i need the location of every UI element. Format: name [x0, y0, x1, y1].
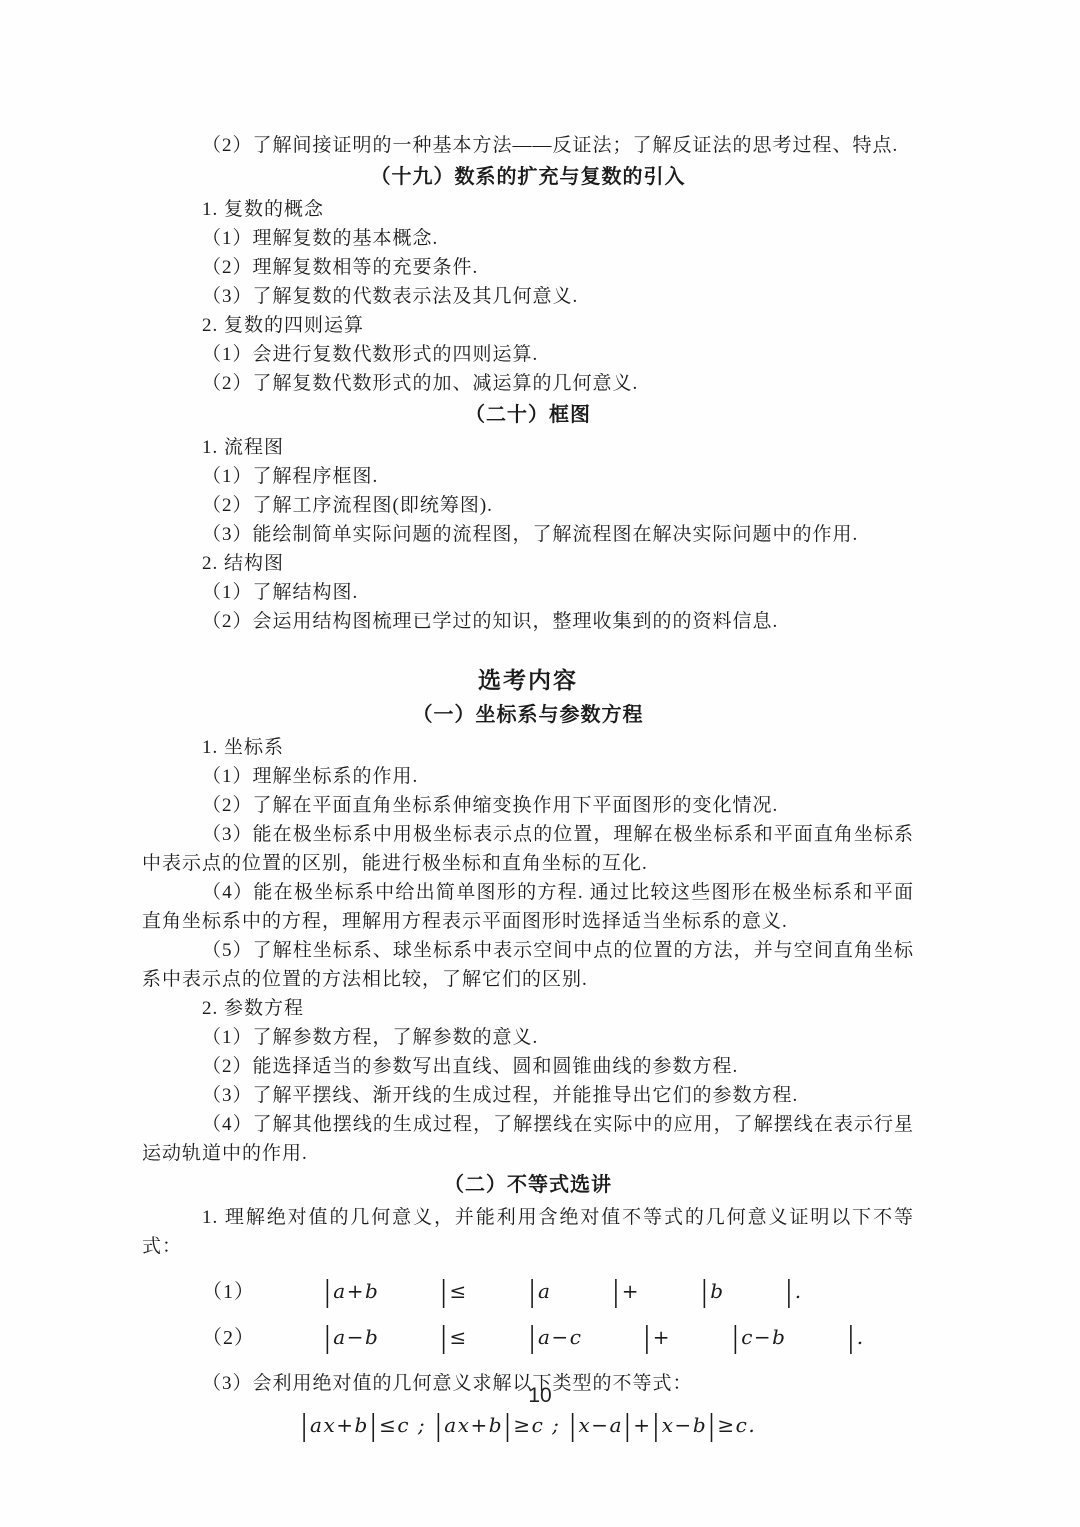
paragraph: （3）能绘制简单实际问题的流程图，了解流程图在解决实际问题中的作用.: [142, 520, 914, 549]
formula-label: （2）: [202, 1327, 255, 1349]
paragraph: （2）了解复数代数形式的加、减运算的几何意义.: [142, 369, 914, 398]
paragraph: （1）了解参数方程，了解参数的意义.: [142, 1023, 914, 1052]
absolute-value-bar: |: [435, 1404, 443, 1446]
paragraph: （1）理解坐标系的作用.: [142, 762, 914, 791]
paragraph: 1. 复数的概念: [142, 195, 914, 224]
paragraph: （3）了解平摆线、渐开线的生成过程，并能推导出它们的参数方程.: [142, 1081, 914, 1110]
paragraph: （3）能在极坐标系中用极坐标表示点的位置，理解在极坐标系和平面直角坐标系中表示点…: [142, 820, 914, 878]
absolute-value-bar: |: [380, 1270, 448, 1312]
paragraph: （1）会进行复数代数形式的四则运算.: [142, 340, 914, 369]
main-heading: 选考内容: [142, 666, 914, 695]
page-number: 10: [0, 1381, 1080, 1410]
absolute-value-bar: |: [301, 1404, 309, 1446]
paragraph: （1）了解结构图.: [142, 578, 914, 607]
absolute-value-bar: |: [569, 1404, 577, 1446]
absolute-value-bar: |: [672, 1316, 740, 1358]
paragraph: （2）了解工序流程图(即统筹图).: [142, 491, 914, 520]
paragraph: 2. 参数方程: [142, 994, 914, 1023]
absolute-value-bar: |: [583, 1316, 651, 1358]
paragraph: （4）能在极坐标系中给出简单图形的方程. 通过比较这些图形在极坐标系和平面直角坐…: [142, 878, 914, 936]
paragraph: （2）会运用结构图梳理已学过的知识，整理收集到的的资料信息.: [142, 607, 914, 636]
paragraph: （1）理解复数的基本概念.: [142, 224, 914, 253]
formula-math: |a+b|≤|a|+|b|.: [263, 1279, 803, 1303]
absolute-value-bar: |: [787, 1316, 855, 1358]
absolute-value-bar: |: [504, 1404, 512, 1446]
absolute-value-bar: |: [653, 1404, 661, 1446]
paragraph: 1. 理解绝对值的几何意义，并能利用含绝对值不等式的几何意义证明以下不等式：: [142, 1203, 914, 1261]
paragraph: 1. 坐标系: [142, 733, 914, 762]
paragraph: （4）了解其他摆线的生成过程，了解摆线在实际中的应用，了解摆线在表示行星运动轨道…: [142, 1110, 914, 1168]
paragraph: 2. 复数的四则运算: [142, 311, 914, 340]
paragraph: （3）了解复数的代数表示法及其几何意义.: [142, 282, 914, 311]
document-content: （2）了解间接证明的一种基本方法——反证法；了解反证法的思考过程、特点.（十九）…: [142, 131, 914, 1441]
absolute-value-bar: |: [708, 1404, 716, 1446]
formula-line: |ax+b|≤c ; |ax+b|≥c ; |x−a|+|x−b|≥c.: [142, 1411, 914, 1441]
formula-label: （1）: [202, 1281, 255, 1303]
absolute-value-bar: |: [624, 1404, 632, 1446]
paragraph: （1）了解程序框图.: [142, 462, 914, 491]
section-heading: （二）不等式选讲: [142, 1171, 914, 1200]
paragraph: （2）了解在平面直角坐标系伸缩变换作用下平面图形的变化情况.: [142, 791, 914, 820]
formula-math: |a−b|≤|a−c|+|c−b|.: [263, 1325, 865, 1349]
document-page: （2）了解间接证明的一种基本方法——反证法；了解反证法的思考过程、特点.（十九）…: [0, 0, 1080, 1527]
paragraph: （2）能选择适当的参数写出直线、圆和圆锥曲线的参数方程.: [142, 1052, 914, 1081]
paragraph: （2）理解复数相等的充要条件.: [142, 253, 914, 282]
absolute-value-bar: |: [264, 1316, 332, 1358]
absolute-value-bar: |: [370, 1404, 378, 1446]
formula-line: （2）|a−b|≤|a−c|+|c−b|.: [142, 1323, 914, 1353]
paragraph: （5）了解柱坐标系、球坐标系中表示空间中点的位置的方法，并与空间直角坐标系中表示…: [142, 936, 914, 994]
absolute-value-bar: |: [552, 1270, 620, 1312]
absolute-value-bar: |: [380, 1316, 448, 1358]
section-heading: （二十）框图: [142, 401, 914, 430]
paragraph: （2）了解间接证明的一种基本方法——反证法；了解反证法的思考过程、特点.: [142, 131, 914, 160]
absolute-value-bar: |: [726, 1270, 794, 1312]
absolute-value-bar: |: [469, 1270, 537, 1312]
absolute-value-bar: |: [641, 1270, 709, 1312]
paragraph: 2. 结构图: [142, 549, 914, 578]
section-heading: （十九）数系的扩充与复数的引入: [142, 163, 914, 192]
paragraph: 1. 流程图: [142, 433, 914, 462]
absolute-value-bar: |: [469, 1316, 537, 1358]
absolute-value-bar: |: [264, 1270, 332, 1312]
section-heading: （一）坐标系与参数方程: [142, 701, 914, 730]
formula-line: （1）|a+b|≤|a|+|b|.: [142, 1277, 914, 1307]
formula-math: |ax+b|≤c ; |ax+b|≥c ; |x−a|+|x−b|≥c.: [300, 1413, 756, 1437]
